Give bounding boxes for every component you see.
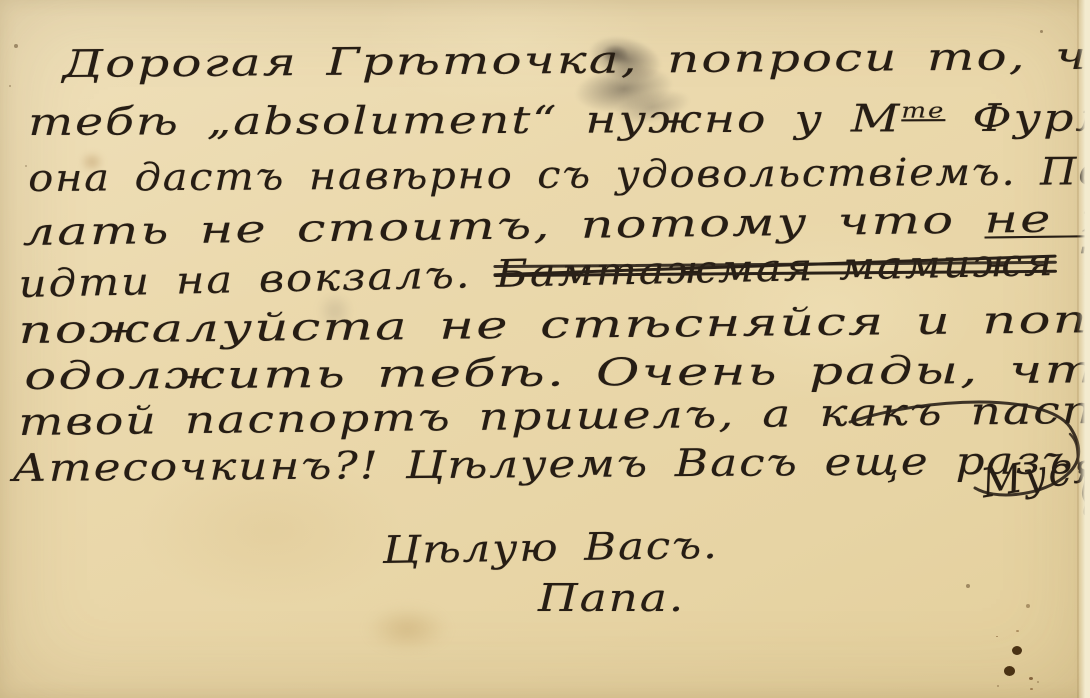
foxing-spot <box>1004 666 1015 676</box>
handwriting-line-3: она дастъ навѣрно съ удовольствіемъ. Пос… <box>28 149 1090 200</box>
handwriting-line-2: тебѣ „absolument“ нужно у Mme Фурманъ, <box>28 95 1090 144</box>
line5-text: идти на вокзалъ. <box>18 252 497 306</box>
crossed-out-scribble: Бамтажмая мамижя <box>495 240 1055 296</box>
paper-speck <box>1040 30 1043 33</box>
paper-speck <box>14 44 18 48</box>
handwriting-line-1: Дорогая Грѣточка, попроси то, что <box>62 33 1090 86</box>
letter-page: Дорогая Грѣточка, попроси то, что тебѣ „… <box>0 0 1090 698</box>
photo-edge <box>1078 0 1090 698</box>
madame-abbreviation: me <box>901 99 945 123</box>
line2-text-end: Фурманъ, <box>945 95 1090 140</box>
stain-bottom-left <box>355 600 460 658</box>
foxing-spot <box>1012 646 1022 655</box>
paper-speck <box>966 584 970 588</box>
closing-line: Цѣлую Васъ. <box>382 523 719 572</box>
signature-papa: Папа. <box>538 576 685 620</box>
underlined-phrase: не хочу <box>984 195 1090 242</box>
line2-text: тебѣ „absolument“ нужно у M <box>28 96 901 144</box>
handwriting-line-6: пожалуйста не стѣсняйся и попроси <box>18 296 1090 352</box>
